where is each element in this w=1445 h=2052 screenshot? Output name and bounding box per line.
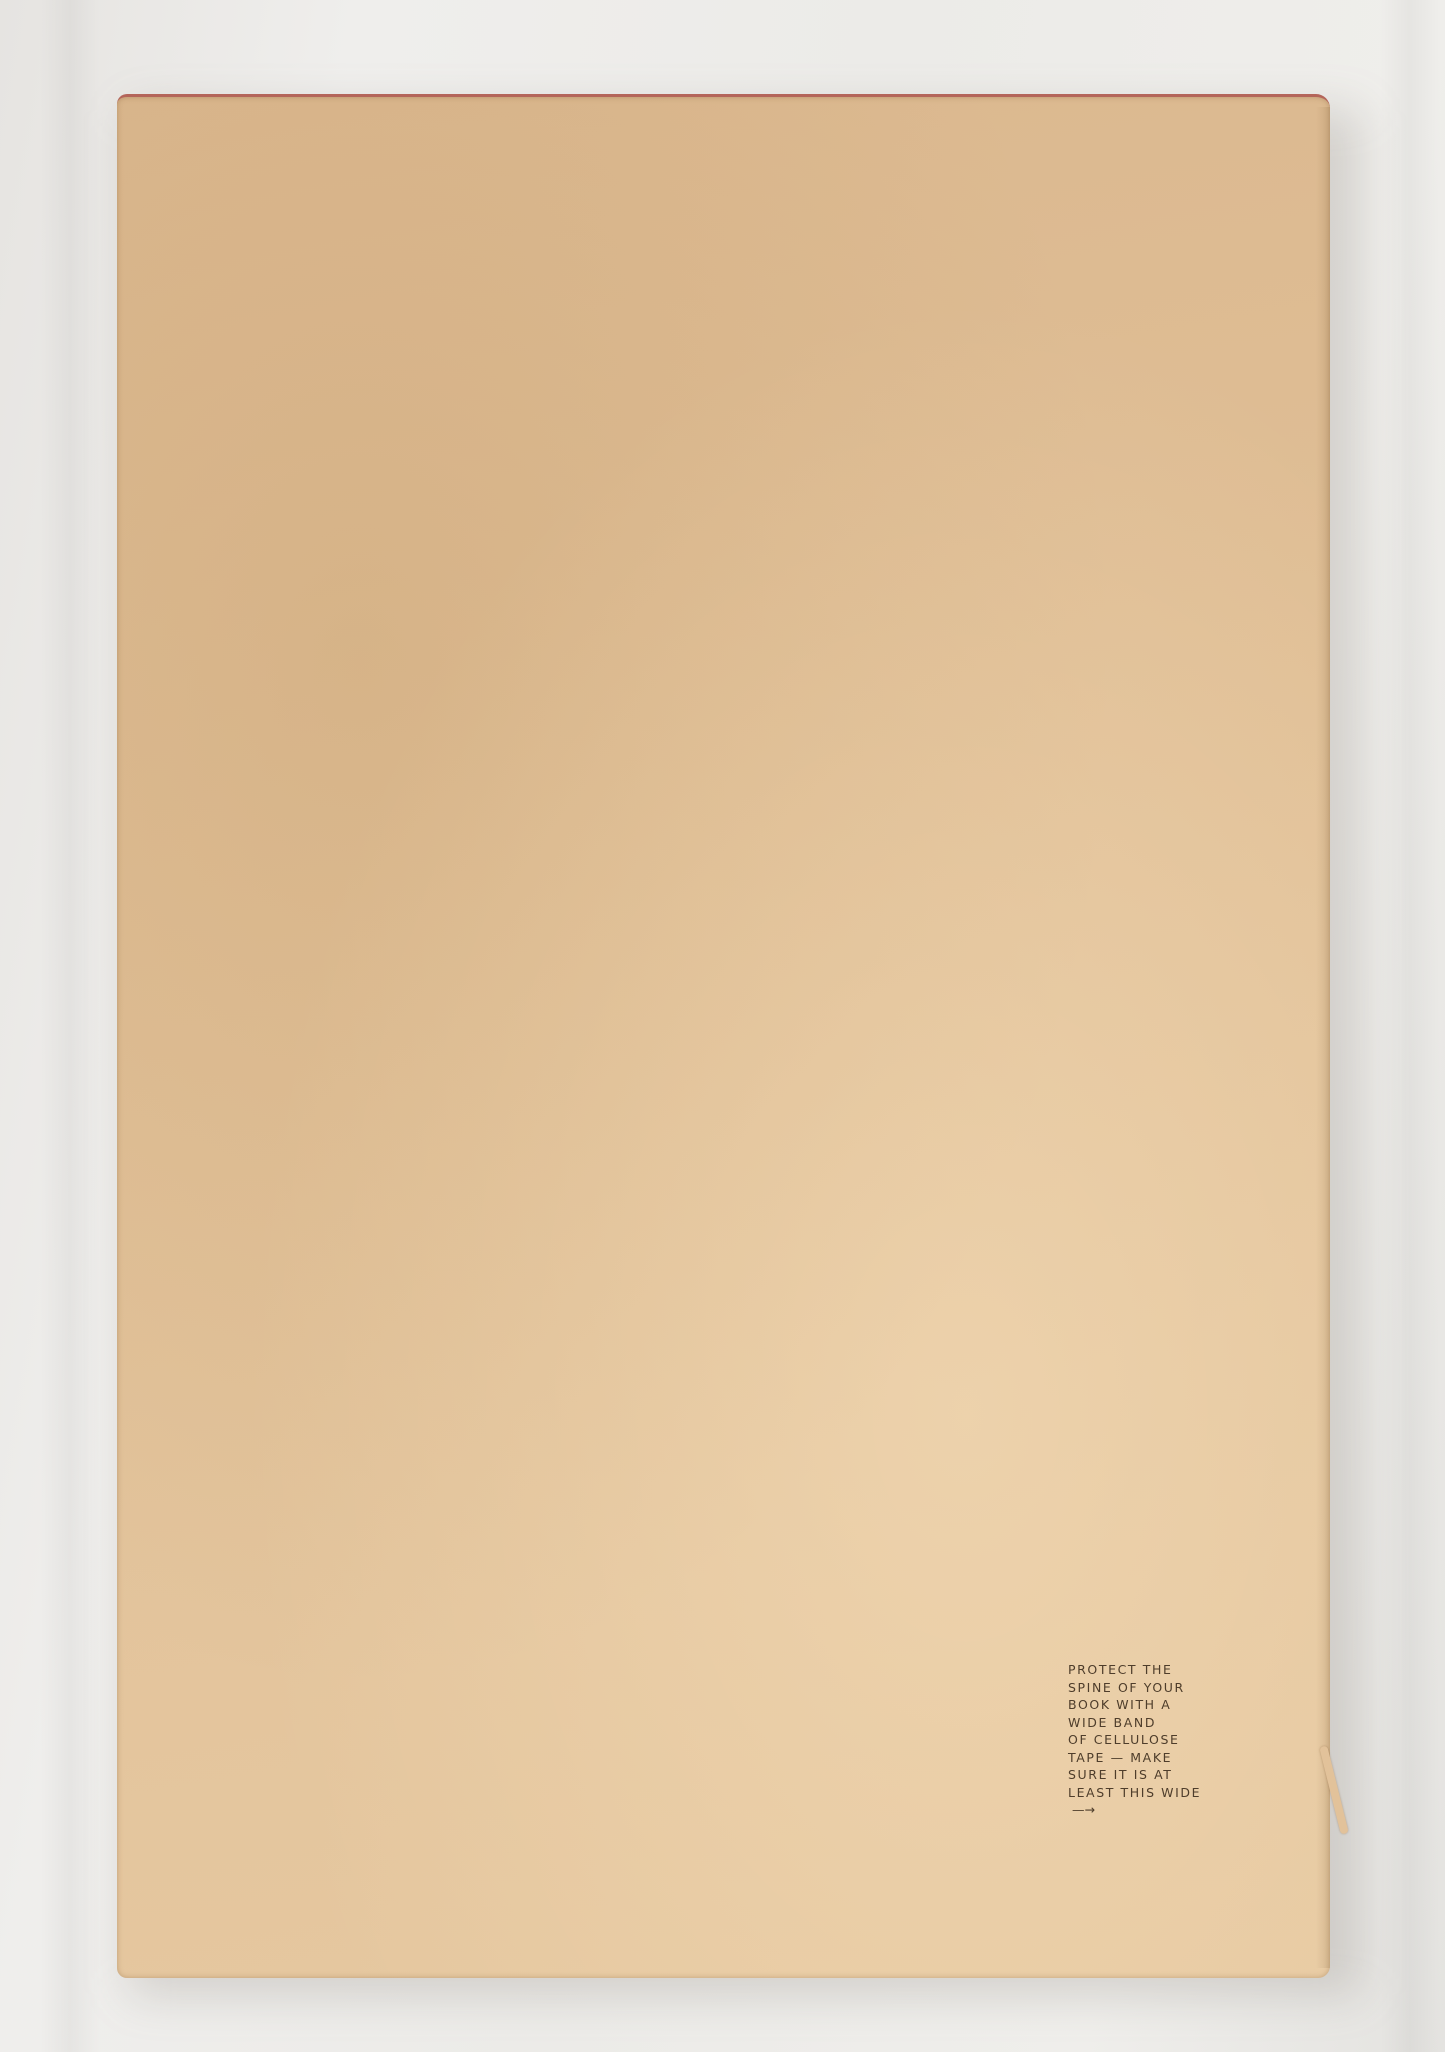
notice-line: BOOK WITH A [1068, 1696, 1201, 1714]
spine-protection-notice: PROTECT THE SPINE OF YOUR BOOK WITH A WI… [1068, 1661, 1201, 1819]
notice-line: OF CELLULOSE [1068, 1731, 1201, 1749]
book-spine-edge [1316, 107, 1330, 1968]
cloth-fold [1380, 0, 1440, 2052]
notice-line: SPINE OF YOUR [1068, 1679, 1201, 1697]
notice-line: SURE IT IS AT [1068, 1766, 1201, 1784]
arrow-right-icon: —→ [1072, 1801, 1201, 1819]
book-back-cover: PROTECT THE SPINE OF YOUR BOOK WITH A WI… [117, 94, 1330, 1978]
notice-line: WIDE BAND [1068, 1714, 1201, 1732]
cloth-fold [40, 0, 100, 2052]
notice-line: LEAST THIS WIDE [1068, 1785, 1201, 1800]
notice-line: PROTECT THE [1068, 1661, 1201, 1679]
notice-line-last: LEAST THIS WIDE—→ [1068, 1784, 1201, 1819]
notice-line: TAPE — MAKE [1068, 1749, 1201, 1767]
